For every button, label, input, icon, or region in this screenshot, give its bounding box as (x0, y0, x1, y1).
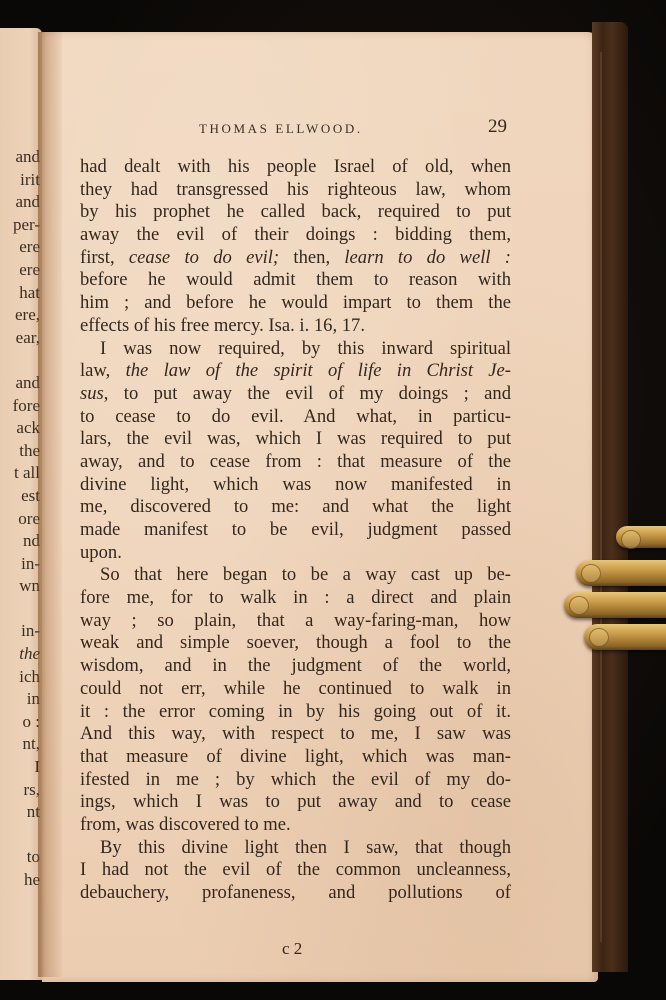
text-line: effects of his free mercy. Isa. i. 16, 1… (80, 315, 511, 338)
text-line: him ; and before he would impart to them… (80, 292, 511, 315)
italic-text: sus (80, 383, 104, 404)
book-fore-edge (592, 22, 628, 972)
text-line: by his prophet he called back, required … (80, 201, 511, 224)
text-run: way ; so plain, that a way-faring-man, h… (80, 610, 511, 631)
fragment-line: ere (0, 236, 40, 259)
text-line: they had transgressed his righteous law,… (80, 179, 511, 202)
fragment-line: nd (0, 530, 40, 553)
text-line: I was now required, by this inward spiri… (80, 338, 511, 361)
text-line: made manifest to be evil, judgment passe… (80, 519, 511, 542)
fragment-line: rs, (0, 779, 40, 802)
text-run: divine light, which was now manifested i… (80, 474, 511, 495)
text-run: weak and simple soever, though a fool to… (80, 632, 511, 653)
text-line: By this divine light then I saw, that th… (80, 837, 511, 860)
text-run: law, (80, 360, 126, 381)
text-run: lars, the evil was, which I was required… (80, 428, 511, 449)
book-page: THOMAS ELLWOOD. 29 had dealt with his pe… (42, 32, 598, 982)
text-run: by his prophet he called back, required … (80, 201, 511, 222)
text-run: him ; and before he would impart to them… (80, 292, 511, 313)
text-line: I had not the evil of the common unclean… (80, 859, 511, 882)
text-run: to cease to do evil. And what, in partic… (80, 406, 511, 427)
text-run: it : the error coming in by his going ou… (80, 701, 511, 722)
text-run: from, was discovered to me. (80, 814, 291, 835)
text-run: debauchery, profaneness, and pollutions … (80, 882, 511, 903)
page-body-text: had dealt with his people Israel of old,… (80, 156, 511, 905)
text-line: law, the law of the spirit of life in Ch… (80, 360, 511, 383)
fragment-line: o : (0, 711, 40, 734)
fragment-line: to (0, 846, 40, 869)
fragment-line (0, 349, 40, 372)
text-run: And this way, with respect to me, I saw … (80, 723, 511, 744)
text-line: away the evil of their doings : bidding … (80, 224, 511, 247)
text-line: And this way, with respect to me, I saw … (80, 723, 511, 746)
fragment-line: he (0, 869, 40, 892)
fragment-line: nt, (0, 733, 40, 756)
fragment-line: ack (0, 417, 40, 440)
text-run: I was now required, by this inward spiri… (100, 338, 511, 359)
text-line: first, cease to do evil; then, learn to … (80, 247, 511, 270)
text-line: had dealt with his people Israel of old,… (80, 156, 511, 179)
italic-text: the law of the spirit of life in Christ … (126, 360, 511, 381)
fragment-line: in (0, 688, 40, 711)
fragment-line: and (0, 372, 40, 395)
text-run: wisdom, and in the judgment of the world… (80, 655, 511, 676)
text-run: made manifest to be evil, judgment passe… (80, 519, 511, 540)
text-run: I had not the evil of the common unclean… (80, 859, 511, 880)
page-number: 29 (488, 116, 507, 138)
fragment-line (0, 598, 40, 621)
fragment-line: in- (0, 620, 40, 643)
text-run: By this divine light then I saw, that th… (100, 837, 511, 858)
clasp-finger-1 (576, 560, 666, 586)
fragment-line: t all (0, 462, 40, 485)
brass-clasp (566, 520, 666, 670)
text-run: away, and to cease from : that measure o… (80, 451, 511, 472)
fragment-line: ear, (0, 327, 40, 350)
text-run: effects of his free mercy. Isa. i. 16, 1… (80, 315, 365, 336)
text-line: fore me, for to walk in : a direct and p… (80, 587, 511, 610)
fragment-line (0, 824, 40, 847)
italic-text: learn to do well : (344, 247, 511, 268)
fragment-line: ore (0, 508, 40, 531)
fragment-line: hat (0, 282, 40, 305)
text-line: lars, the evil was, which I was required… (80, 428, 511, 451)
text-run: first, (80, 247, 129, 268)
text-line: upon. (80, 542, 511, 565)
text-line: So that here began to be a way cast up b… (80, 564, 511, 587)
text-line: that measure of divine light, which was … (80, 746, 511, 769)
fragment-line: per- (0, 214, 40, 237)
fragment-line: irit (0, 169, 40, 192)
clasp-finger-2 (564, 592, 666, 618)
text-line: ings, which I was to put away and to cea… (80, 791, 511, 814)
fragment-line: ich (0, 666, 40, 689)
text-run: they had transgressed his righteous law,… (80, 179, 511, 200)
text-line: sus, to put away the evil of my doings ;… (80, 383, 511, 406)
text-run: then, (279, 247, 344, 268)
text-line: from, was discovered to me. (80, 814, 511, 837)
text-line: could not err, while he continued to wal… (80, 678, 511, 701)
text-run: upon. (80, 542, 122, 563)
text-line: wisdom, and in the judgment of the world… (80, 655, 511, 678)
text-line: weak and simple soever, though a fool to… (80, 632, 511, 655)
fragment-line: ere (0, 259, 40, 282)
text-line: ifested in me ; by which the evil of my … (80, 769, 511, 792)
text-run: me, discovered to me: and what the light (80, 496, 511, 517)
text-run: had dealt with his people Israel of old,… (80, 156, 511, 177)
previous-page-text-fragments: andiritandper-ereerehatere,ear, andforea… (0, 146, 40, 892)
text-line: way ; so plain, that a way-faring-man, h… (80, 610, 511, 633)
text-run: ings, which I was to put away and to cea… (80, 791, 511, 812)
fragment-line: fore (0, 395, 40, 418)
text-run: away the evil of their doings : bidding … (80, 224, 511, 245)
fragment-line: in- (0, 553, 40, 576)
previous-page-edge: andiritandper-ereerehatere,ear, andforea… (0, 28, 42, 980)
fragment-line: the (0, 643, 40, 666)
text-run: could not err, while he continued to wal… (80, 678, 511, 699)
text-run: that measure of divine light, which was … (80, 746, 511, 767)
page-header: THOMAS ELLWOOD. 29 (42, 118, 598, 142)
clasp-finger-top (616, 526, 666, 548)
text-line: me, discovered to me: and what the light (80, 496, 511, 519)
text-line: away, and to cease from : that measure o… (80, 451, 511, 474)
fragment-line: I (0, 756, 40, 779)
fragment-line: nt (0, 801, 40, 824)
text-run: ifested in me ; by which the evil of my … (80, 769, 511, 790)
text-line: it : the error coming in by his going ou… (80, 701, 511, 724)
text-run: So that here began to be a way cast up b… (100, 564, 511, 585)
text-line: before he would admit them to reason wit… (80, 269, 511, 292)
text-run: fore me, for to walk in : a direct and p… (80, 587, 511, 608)
text-run: , to put away the evil of my doings ; an… (104, 383, 511, 404)
text-line: debauchery, profaneness, and pollutions … (80, 882, 511, 905)
clasp-finger-3 (584, 624, 666, 650)
text-run: before he would admit them to reason wit… (80, 269, 511, 290)
fragment-line: and (0, 146, 40, 169)
fragment-line: ere, (0, 304, 40, 327)
gutter-shadow (38, 32, 62, 977)
fragment-line: and (0, 191, 40, 214)
italic-text: cease to do evil; (129, 247, 279, 268)
fragment-line: the (0, 440, 40, 463)
signature-mark: c 2 (282, 939, 302, 959)
running-head: THOMAS ELLWOOD. (199, 121, 363, 137)
text-line: to cease to do evil. And what, in partic… (80, 406, 511, 429)
fragment-line: est (0, 485, 40, 508)
fragment-line: wn (0, 575, 40, 598)
text-line: divine light, which was now manifested i… (80, 474, 511, 497)
